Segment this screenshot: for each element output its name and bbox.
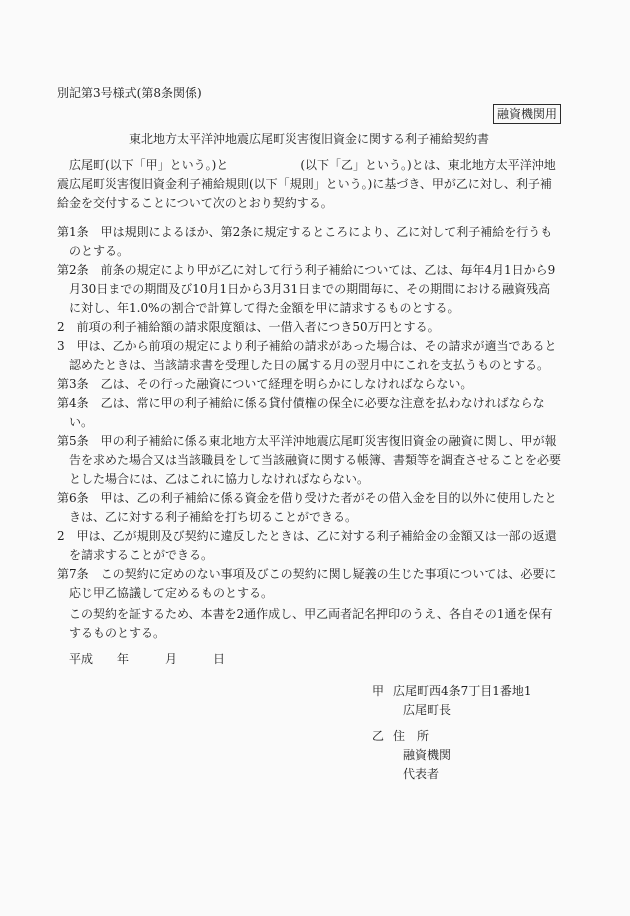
article-2-item-3: 3 甲は、乙から前項の規定により利子補給の請求があった場合は、その請求が適当であ… xyxy=(57,337,561,375)
party-kou-address: 広尾町西4条7丁目1番地1 xyxy=(393,682,561,701)
party-otsu-institution-field: 融資機関 xyxy=(393,746,561,765)
date-line: 平成 年 月 日 xyxy=(57,650,561,669)
form-number-label: 別記第3号様式(第8条関係) xyxy=(57,84,561,103)
party-kou-label: 甲 xyxy=(372,682,393,720)
corner-box-row: 融資機関用 xyxy=(57,104,561,124)
party-kou-signature-block: 甲 広尾町西4条7丁目1番地1 広尾町長 xyxy=(372,682,561,720)
party-otsu-representative-field: 代表者 xyxy=(393,765,561,784)
party-otsu-signature-block: 乙 住 所 融資機関 代表者 xyxy=(372,727,561,784)
party-otsu-address-field: 住 所 xyxy=(393,727,561,746)
contract-document-page: 別記第3号様式(第8条関係) 融資機関用 東北地方太平洋沖地震広尾町災害復旧資金… xyxy=(0,0,630,916)
article-4: 第4条 乙は、常に甲の利子補給に係る貸付債権の保全に必要な注意を払わなければなら… xyxy=(57,394,561,432)
article-1: 第1条 甲は規則によるほか、第2条に規定するところにより、乙に対して利子補給を行… xyxy=(57,223,561,261)
articles-section: 第1条 甲は規則によるほか、第2条に規定するところにより、乙に対して利子補給を行… xyxy=(57,223,561,603)
article-6-item-2: 2 甲は、乙が規則及び契約に違反したときは、乙に対する利子補給金の金額又は一部の… xyxy=(57,527,561,565)
lending-institution-copy-stamp: 融資機関用 xyxy=(493,104,561,124)
document-title: 東北地方太平洋沖地震広尾町災害復旧資金に関する利子補給契約書 xyxy=(57,130,561,149)
party-otsu-label: 乙 xyxy=(372,727,393,784)
preamble-paragraph: 広尾町(以下「甲」という。)と (以下「乙」という。)とは、東北地方太平洋沖地震… xyxy=(57,156,561,213)
closing-paragraph: この契約を証するため、本書を2通作成し、甲乙両者記名押印のうえ、各自その1通を保… xyxy=(57,605,561,643)
article-3: 第3条 乙は、その行った融資について経理を明らかにしなければならない。 xyxy=(57,375,561,394)
signature-section: 甲 広尾町西4条7丁目1番地1 広尾町長 乙 住 所 融資機関 代表者 xyxy=(372,682,561,784)
article-7: 第7条 この契約に定めのない事項及びこの契約に関し疑義の生じた事項については、必… xyxy=(57,565,561,603)
article-2: 第2条 前条の規定により甲が乙に対して行う利子補給については、乙は、毎年4月1日… xyxy=(57,261,561,318)
article-6: 第6条 甲は、乙の利子補給に係る資金を借り受けた者がその借入金を目的以外に使用し… xyxy=(57,489,561,527)
article-2-item-2: 2 前項の利子補給額の請求限度額は、一借入者につき50万円とする。 xyxy=(57,318,561,337)
party-kou-details: 広尾町西4条7丁目1番地1 広尾町長 xyxy=(393,682,561,720)
party-otsu-details: 住 所 融資機関 代表者 xyxy=(393,727,561,784)
party-kou-title: 広尾町長 xyxy=(393,701,561,720)
article-5: 第5条 甲の利子補給に係る東北地方太平洋沖地震広尾町災害復旧資金の融資に関し、甲… xyxy=(57,432,561,489)
